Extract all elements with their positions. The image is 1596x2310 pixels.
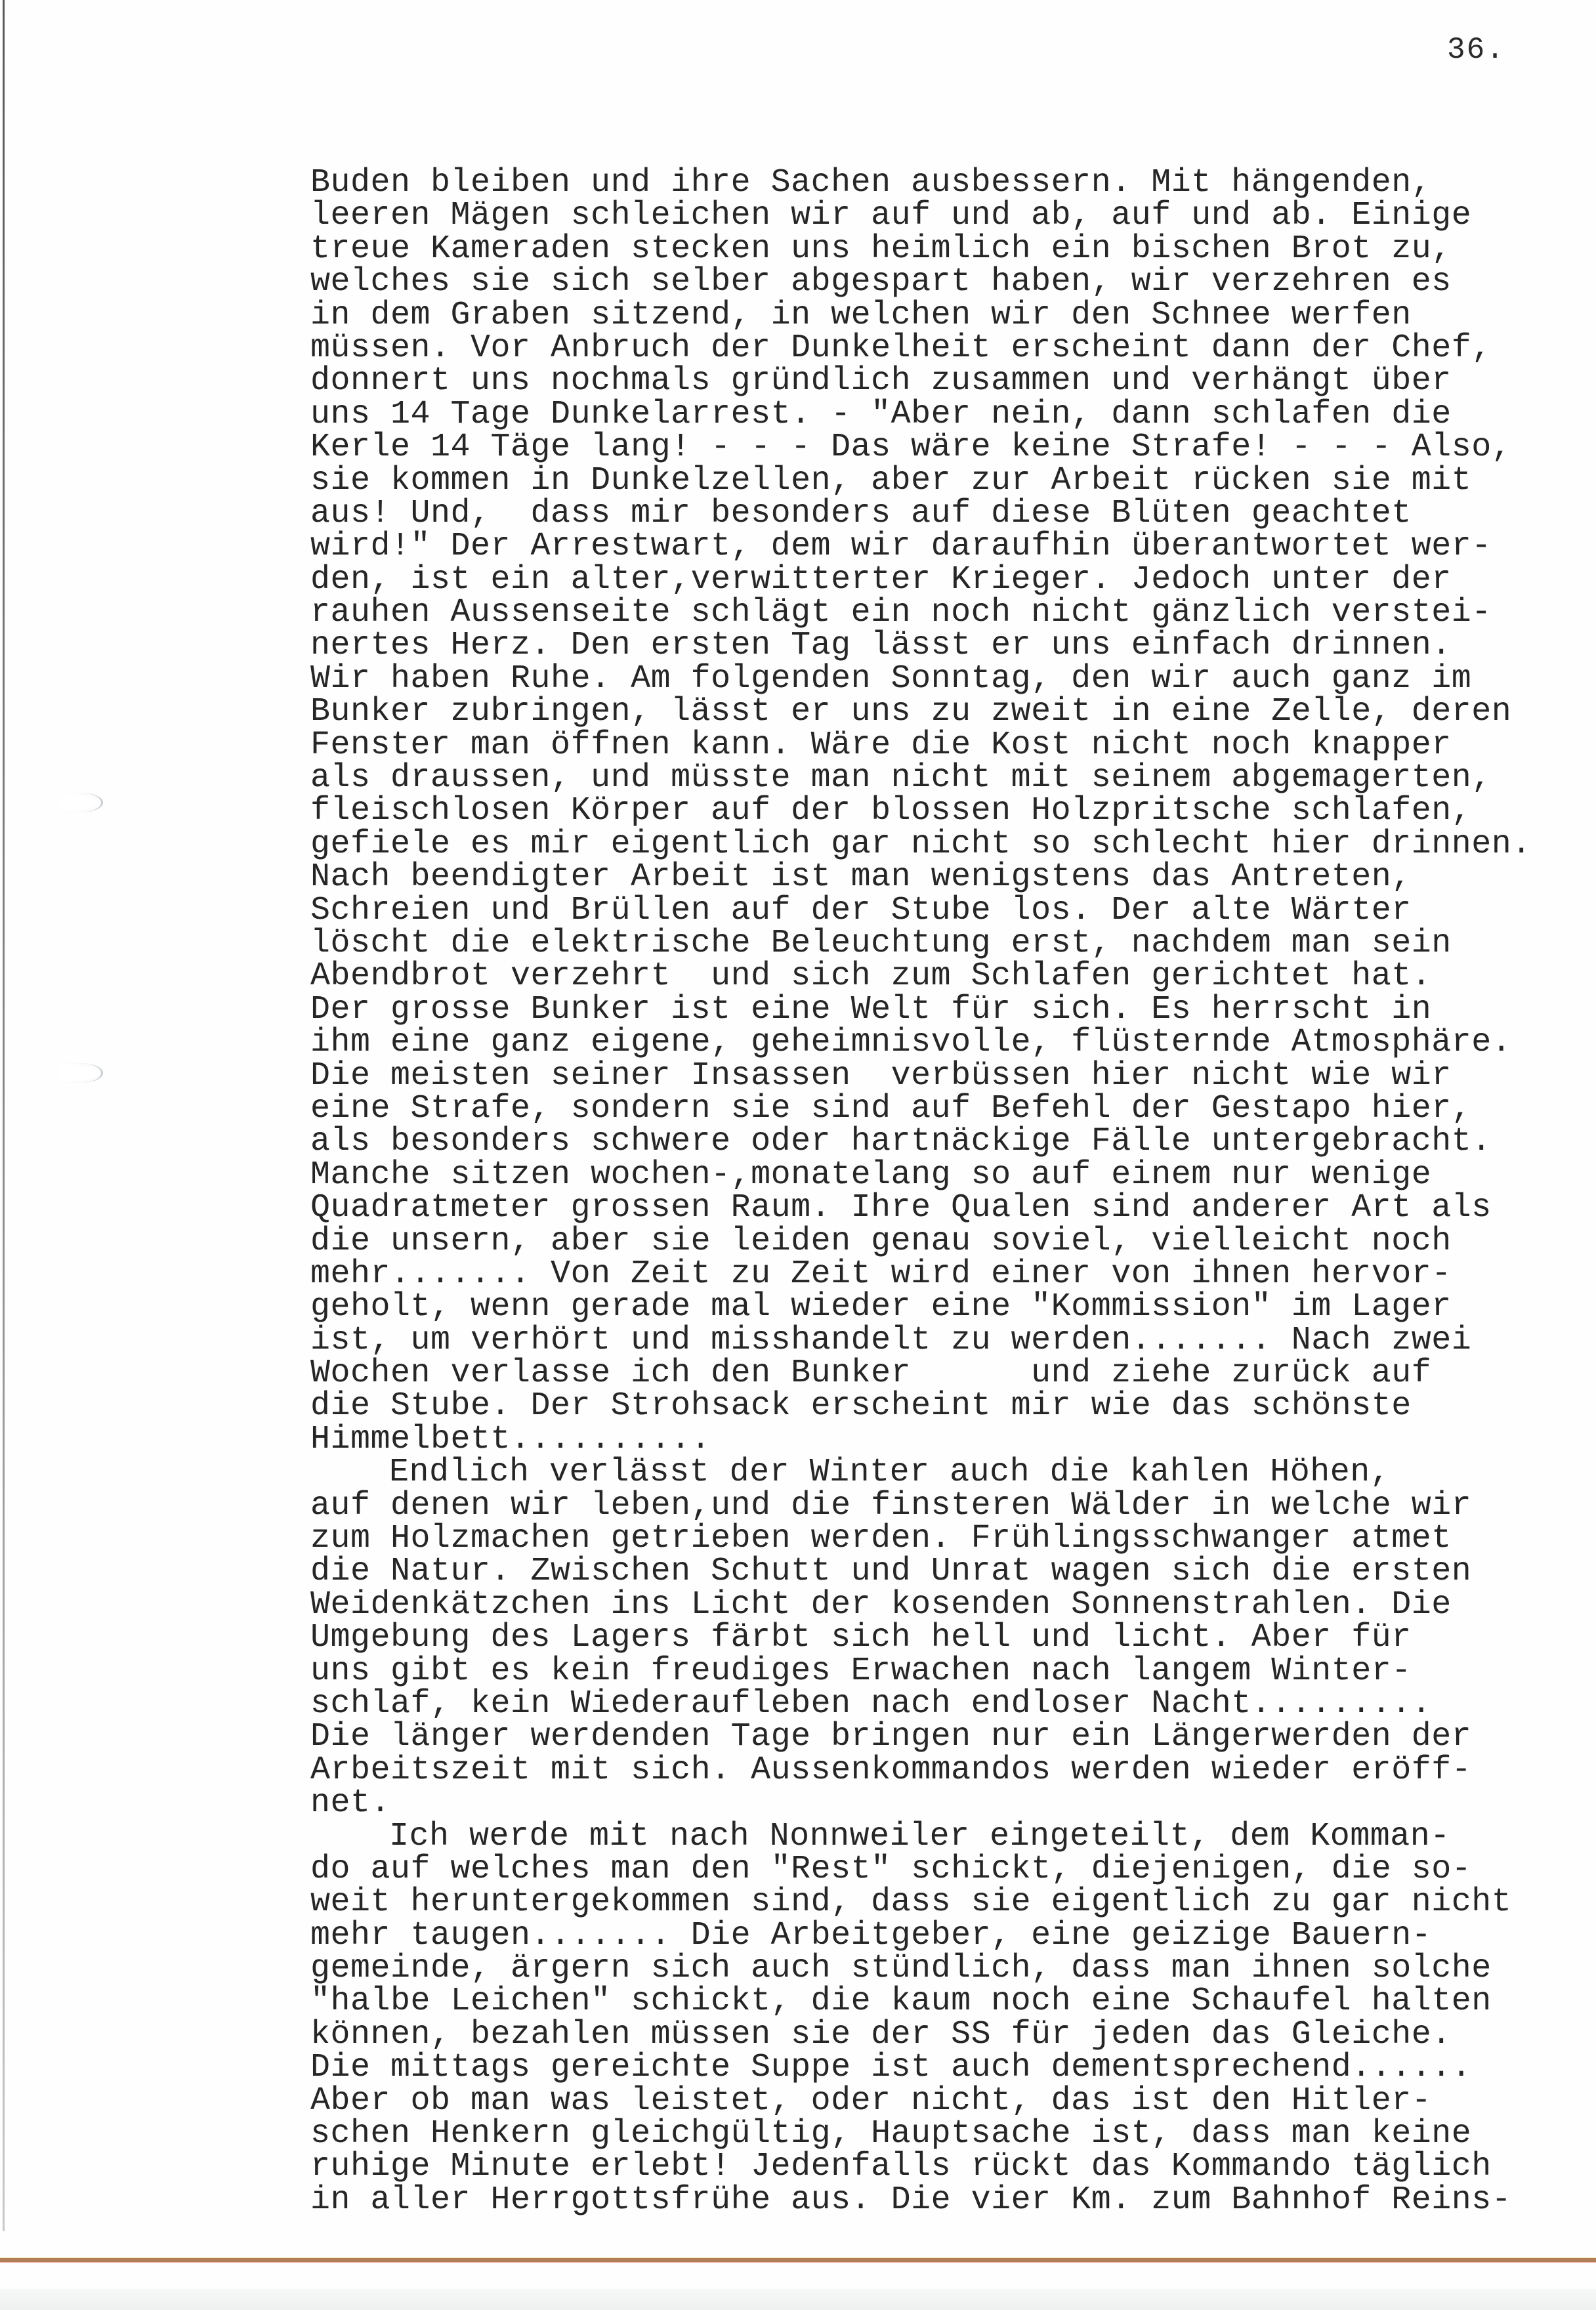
text-line: net. bbox=[310, 1787, 1596, 1820]
text-line: mehr....... Von Zeit zu Zeit wird einer … bbox=[310, 1258, 1596, 1291]
text-line: treue Kameraden stecken uns heimlich ein… bbox=[310, 233, 1596, 266]
paragraph-start-line: Endlich verlässt der Winter auch die kah… bbox=[310, 1456, 1596, 1489]
text-line: geholt, wenn gerade mal wieder eine "Kom… bbox=[310, 1291, 1596, 1324]
text-line: Wochen verlasse ich den Bunker und ziehe… bbox=[310, 1357, 1596, 1390]
text-line: ihm eine ganz eigene, geheimnisvolle, fl… bbox=[310, 1026, 1596, 1059]
text-line: fleischlosen Körper auf der blossen Holz… bbox=[310, 795, 1596, 828]
typescript-body: Buden bleiben und ihre Sachen ausbessern… bbox=[310, 167, 1596, 2217]
text-line: zum Holzmachen getrieben werden. Frühlin… bbox=[310, 1522, 1596, 1555]
text-line: Der grosse Bunker ist eine Welt für sich… bbox=[310, 994, 1596, 1026]
text-line: als draussen, und müsste man nicht mit s… bbox=[310, 762, 1596, 795]
text-line: Weidenkätzchen ins Licht der kosenden So… bbox=[310, 1589, 1596, 1622]
text-line: sie kommen in Dunkelzellen, aber zur Arb… bbox=[310, 465, 1596, 497]
text-line: Buden bleiben und ihre Sachen ausbessern… bbox=[310, 167, 1596, 199]
text-line: als besonders schwere oder hartnäckige F… bbox=[310, 1125, 1596, 1158]
scanned-page: 36. Buden bleiben und ihre Sachen ausbes… bbox=[0, 0, 1596, 2310]
text-line: Abendbrot verzehrt und sich zum Schlafen… bbox=[310, 960, 1596, 993]
text-line: Fenster man öffnen kann. Wäre die Kost n… bbox=[310, 729, 1596, 762]
bottom-rule bbox=[0, 2257, 1596, 2263]
text-line: rauhen Aussenseite schlägt ein noch nich… bbox=[310, 597, 1596, 629]
text-line: nertes Herz. Den ersten Tag lässt er uns… bbox=[310, 629, 1596, 662]
text-line: Schreien und Brüllen auf der Stube los. … bbox=[310, 894, 1596, 927]
punch-hole-icon bbox=[59, 793, 103, 812]
text-line: gemeinde, ärgern sich auch stündlich, da… bbox=[310, 1952, 1596, 1985]
text-line: Bunker zubringen, lässt er uns zu zweit … bbox=[310, 696, 1596, 728]
text-line: müssen. Vor Anbruch der Dunkelheit ersch… bbox=[310, 332, 1596, 365]
text-line: uns 14 Tage Dunkelarrest. - "Aber nein, … bbox=[310, 398, 1596, 431]
text-line: Die mittags gereichte Suppe ist auch dem… bbox=[310, 2051, 1596, 2084]
text-line: Kerle 14 Täge lang! - - - Das wäre keine… bbox=[310, 431, 1596, 464]
text-line: auf denen wir leben,und die finsteren Wä… bbox=[310, 1490, 1596, 1522]
text-line: Wir haben Ruhe. Am folgenden Sonntag, de… bbox=[310, 663, 1596, 696]
text-line: ist, um verhört und misshandelt zu werde… bbox=[310, 1324, 1596, 1357]
text-line: uns gibt es kein freudiges Erwachen nach… bbox=[310, 1655, 1596, 1688]
text-line: Die länger werdenden Tage bringen nur ei… bbox=[310, 1721, 1596, 1753]
text-line: die unsern, aber sie leiden genau soviel… bbox=[310, 1225, 1596, 1258]
text-line: schen Henkern gleichgültig, Hauptsache i… bbox=[310, 2118, 1596, 2151]
text-line: leeren Mägen schleichen wir auf und ab, … bbox=[310, 199, 1596, 232]
text-line: Aber ob man was leistet, oder nicht, das… bbox=[310, 2085, 1596, 2118]
text-line: in aller Herrgottsfrühe aus. Die vier Km… bbox=[310, 2184, 1596, 2217]
text-line: weit heruntergekommen sind, dass sie eig… bbox=[310, 1886, 1596, 1919]
text-line: eine Strafe, sondern sie sind auf Befehl… bbox=[310, 1093, 1596, 1125]
text-line: Arbeitszeit mit sich. Aussenkommandos we… bbox=[310, 1754, 1596, 1787]
text-line: "halbe Leichen" schickt, die kaum noch e… bbox=[310, 1985, 1596, 2018]
text-line: donnert uns nochmals gründlich zusammen … bbox=[310, 365, 1596, 398]
text-line: die Natur. Zwischen Schutt und Unrat wag… bbox=[310, 1555, 1596, 1588]
text-line: gefiele es mir eigentlich gar nicht so s… bbox=[310, 828, 1596, 861]
text-line: Nach beendigter Arbeit ist man wenigsten… bbox=[310, 861, 1596, 894]
text-line: Umgebung des Lagers färbt sich hell und … bbox=[310, 1622, 1596, 1654]
text-line: Himmelbett.......... bbox=[310, 1423, 1596, 1456]
paragraph-start-line: Ich werde mit nach Nonnweiler eingeteilt… bbox=[310, 1820, 1596, 1853]
text-line: löscht die elektrische Beleuchtung erst,… bbox=[310, 927, 1596, 960]
text-line: wird!" Der Arrestwart, dem wir daraufhin… bbox=[310, 530, 1596, 563]
text-line: aus! Und, dass mir besonders auf diese B… bbox=[310, 497, 1596, 530]
text-line: Die meisten seiner Insassen verbüssen hi… bbox=[310, 1060, 1596, 1093]
text-line: welches sie sich selber abgespart haben,… bbox=[310, 266, 1596, 299]
text-line: do auf welches man den "Rest" schickt, d… bbox=[310, 1853, 1596, 1886]
punch-hole-icon bbox=[59, 1063, 103, 1083]
text-line: mehr taugen....... Die Arbeitgeber, eine… bbox=[310, 1920, 1596, 1952]
text-line: Manche sitzen wochen-,monatelang so auf … bbox=[310, 1159, 1596, 1192]
text-line: den, ist ein alter,verwitterter Krieger.… bbox=[310, 564, 1596, 597]
text-line: in dem Graben sitzend, in welchen wir de… bbox=[310, 299, 1596, 332]
text-line: ruhige Minute erlebt! Jedenfalls rückt d… bbox=[310, 2151, 1596, 2183]
page-number: 36. bbox=[1447, 33, 1505, 67]
text-line: schlaf, kein Wiederaufleben nach endlose… bbox=[310, 1688, 1596, 1721]
text-line: können, bezahlen müssen sie der SS für j… bbox=[310, 2019, 1596, 2051]
text-line: Quadratmeter grossen Raum. Ihre Qualen s… bbox=[310, 1192, 1596, 1225]
text-line: die Stube. Der Strohsack erscheint mir w… bbox=[310, 1390, 1596, 1423]
page-left-edge bbox=[3, 0, 5, 2231]
scan-shadow bbox=[0, 2289, 1596, 2310]
